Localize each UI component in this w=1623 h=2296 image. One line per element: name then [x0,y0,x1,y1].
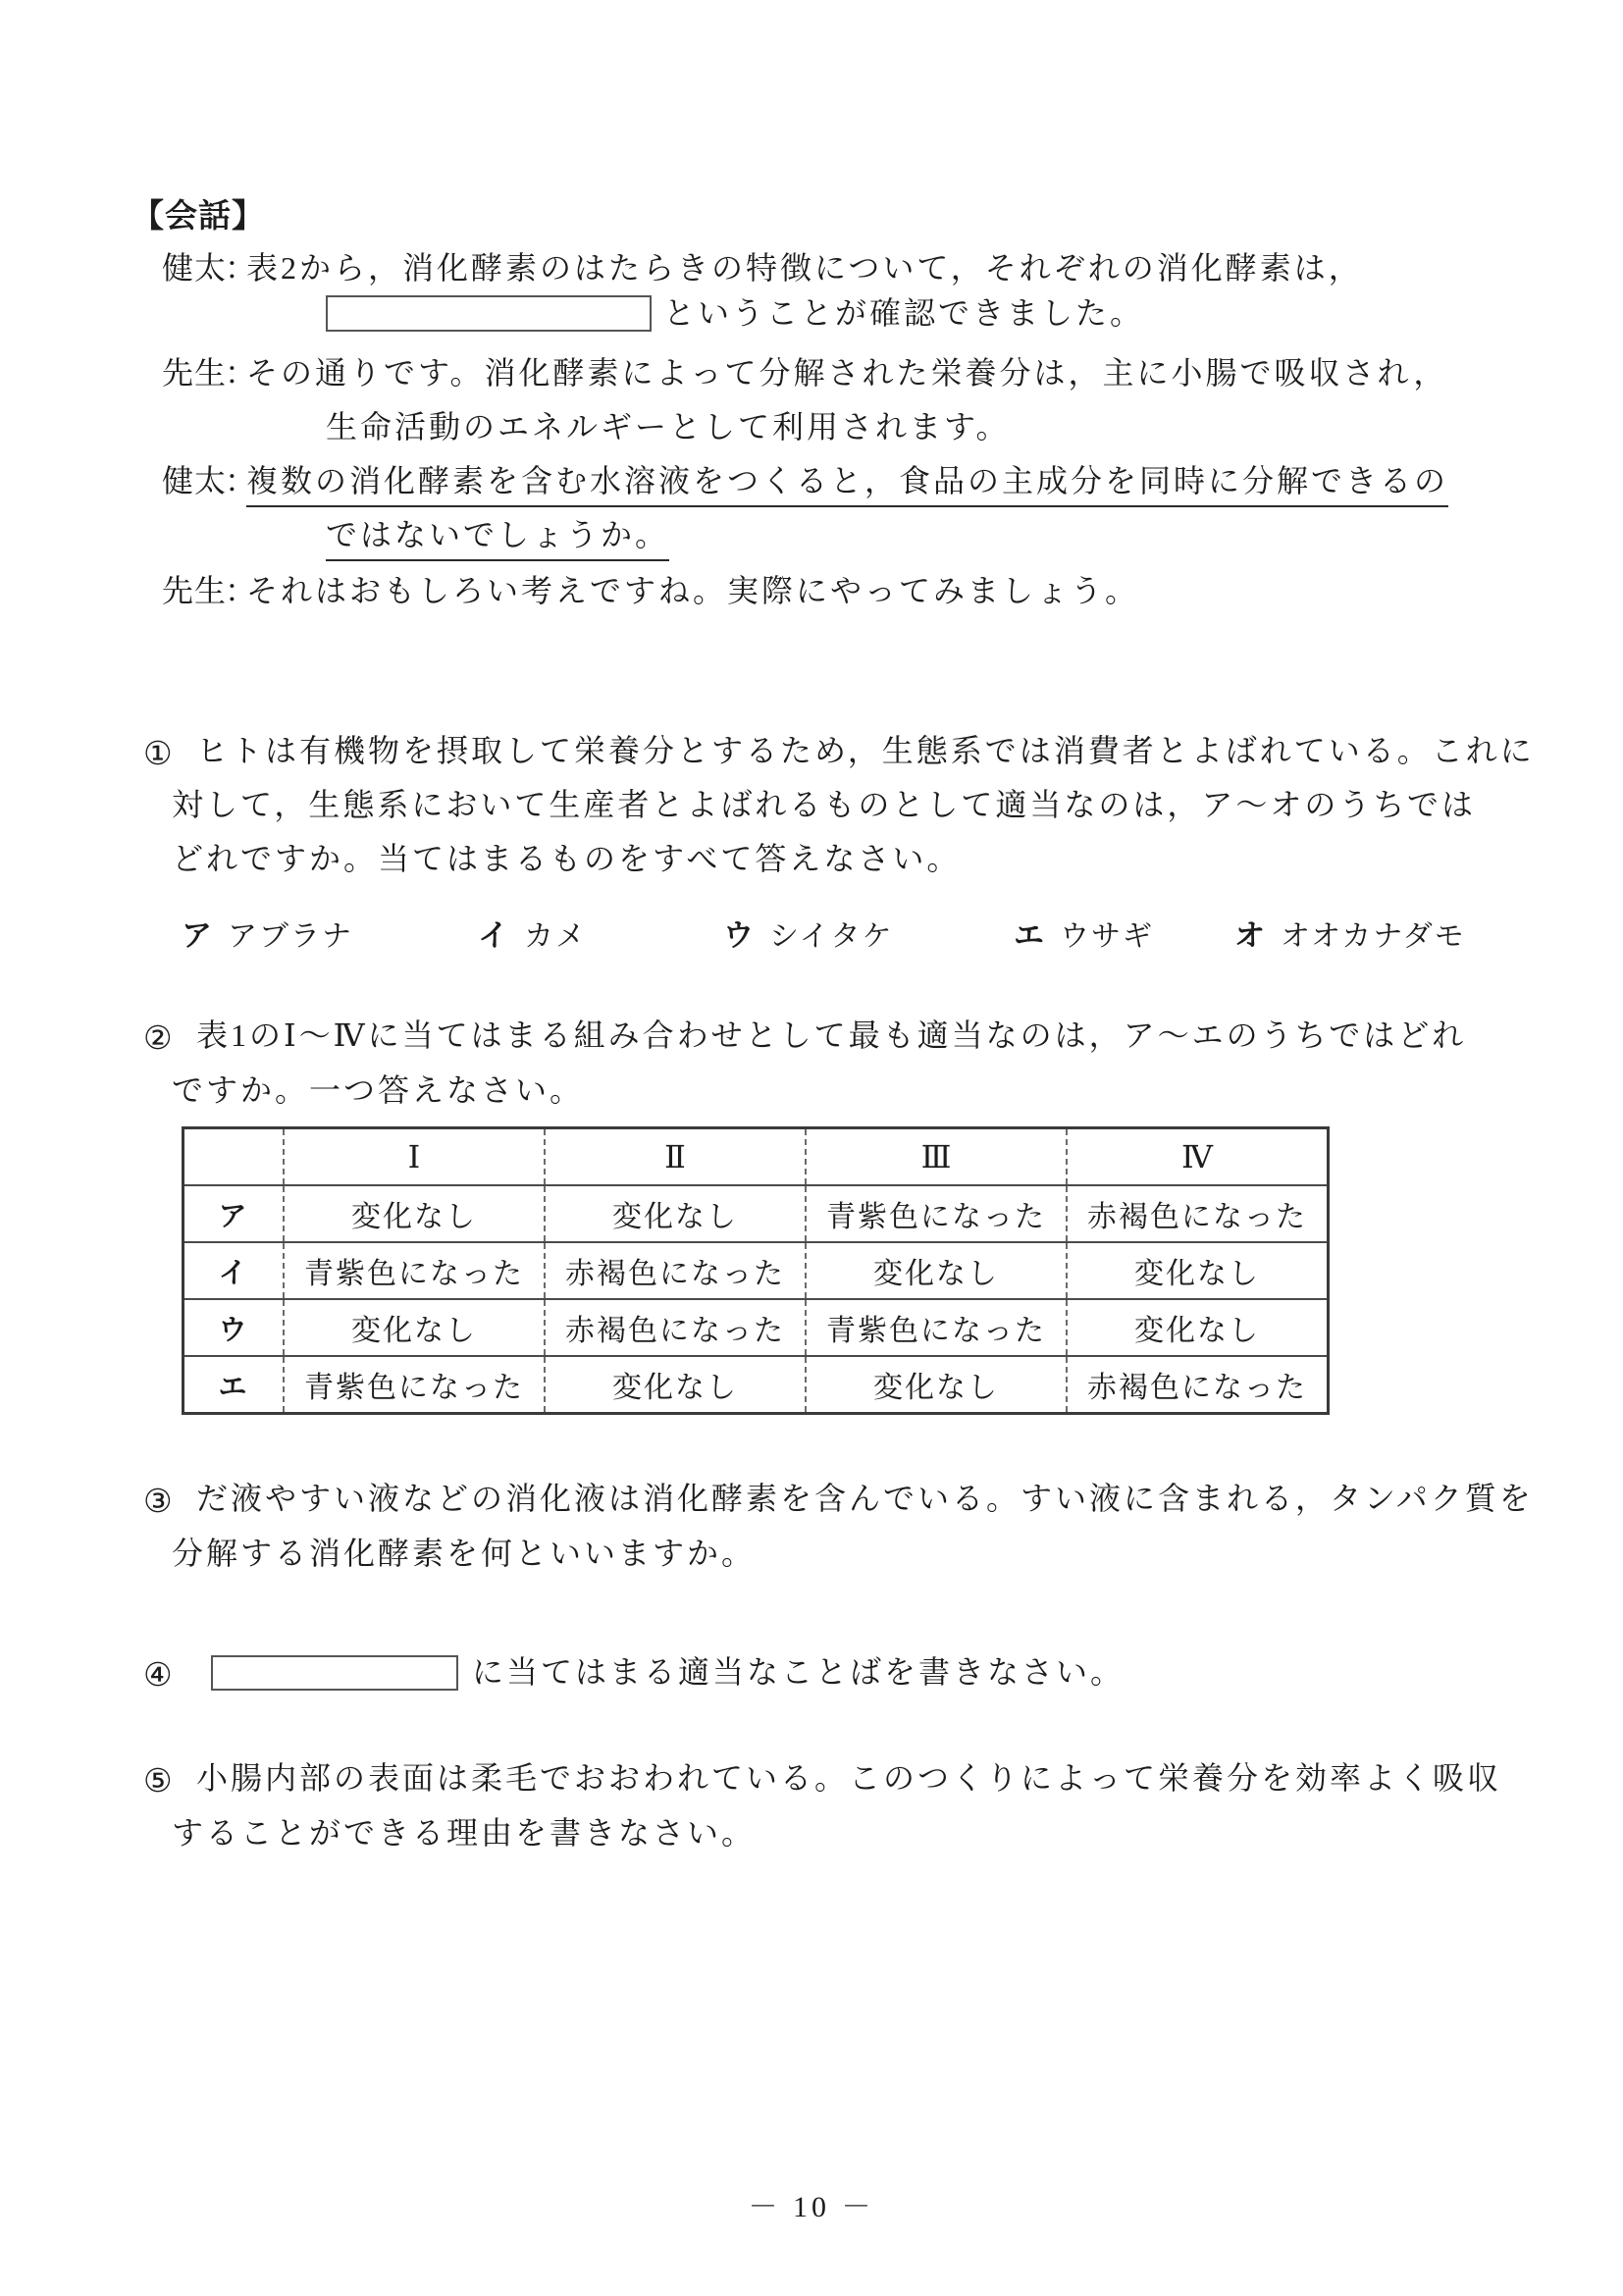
table-cell: 変化なし [545,1185,806,1242]
speaker-name: 先生 [162,574,225,608]
table-cell: 青紫色になった [284,1242,545,1299]
table-cell: 変化なし [1067,1242,1329,1299]
table-header-row: Ⅰ Ⅱ Ⅲ Ⅳ [183,1128,1329,1186]
row-label: イ [183,1242,285,1299]
question-line: ヒトは有機物を摂取して栄養分とするため，生態系では消費者とよばれている。これに [196,734,1535,768]
table-cell: 変化なし [284,1299,545,1356]
row-label: ア [183,1185,285,1242]
dialogue-row: ではないでしょうか。 [326,518,669,552]
dialogue-row: 先生：それはおもしろい考えですね。実際にやってみましょう。 [162,574,1139,608]
dialogue-colon: ： [225,251,246,286]
option-label: エ [1014,918,1046,953]
table-cell: 変化なし [1067,1299,1329,1356]
option-label: オ [1234,918,1267,953]
question-number: ③ [143,1482,173,1521]
table-row: イ 青紫色になった 赤褐色になった 変化なし 変化なし [183,1242,1329,1299]
question-line: ですか。一つ答えなさい。 [172,1073,584,1108]
dialogue-row: 先生：その通りです。消化酵素によって分解された栄養分は，主に小腸で吸収され， [162,356,1447,391]
question-number: ⑤ [143,1761,173,1800]
speaker-name: 健太 [162,251,225,286]
option-label: イ [478,918,510,953]
question-line: どれですか。当てはまるものをすべて答えなさい。 [172,842,961,876]
question-line: 小腸内部の表面は柔毛でおおわれている。このつくりによって栄養分を効率よく吸収 [196,1761,1501,1796]
answer-combination-table: Ⅰ Ⅱ Ⅲ Ⅳ ア 変化なし 変化なし 青紫色になった 赤褐色になった イ 青紫… [182,1126,1330,1415]
table-cell: 赤褐色になった [545,1242,806,1299]
option-a: アアブラナ [182,911,353,955]
option-label: ウ [723,918,756,953]
table-cell: 変化なし [284,1185,545,1242]
answer-blank-box [326,295,652,332]
question-line: 対して，生態系において生産者とよばれるものとして適当なのは，ア～オのうちでは [172,788,1476,822]
table-row: ア 変化なし 変化なし 青紫色になった 赤褐色になった [183,1185,1329,1242]
dialogue-row: 健太：複数の消化酵素を含む水溶液をつくると，食品の主成分を同時に分解できるの [162,464,1448,498]
dialogue-row: 生命活動のエネルギーとして利用されます。 [326,410,1010,444]
exam-page: 【会話】 健太：表2から，消化酵素のはたらきの特徴について，それぞれの消化酵素は… [0,0,1623,2296]
option-u: ウシイタケ [723,911,894,955]
question-number: ④ [143,1655,173,1695]
option-text: ウサギ [1060,920,1154,953]
table-cell: 青紫色になった [806,1299,1067,1356]
row-label: エ [183,1356,285,1414]
dialogue-colon: ： [225,464,246,498]
answer-blank-box [211,1655,458,1691]
table-cell: 変化なし [545,1356,806,1414]
option-e: エウサギ [1014,911,1154,955]
speaker-name: 健太 [162,464,225,498]
option-i: イカメ [478,911,587,955]
table-cell: 赤褐色になった [1067,1356,1329,1414]
dialogue-text: 生命活動のエネルギーとして利用されます。 [326,409,1010,444]
dialogue-text: 表2から，消化酵素のはたらきの特徴について，それぞれの消化酵素は， [246,250,1363,286]
table-header-cell: Ⅰ [284,1128,545,1186]
table-cell: 変化なし [806,1356,1067,1414]
dialogue-text: ということが確認できました。 [663,295,1144,331]
question-line: に当てはまる適当なことばを書きなさい。 [211,1655,1125,1694]
option-label: ア [182,918,214,953]
dialogue-text-underlined: ではないでしょうか。 [326,517,669,561]
table-row: ウ 変化なし 赤褐色になった 青紫色になった 変化なし [183,1299,1329,1356]
table-header-cell: Ⅱ [545,1128,806,1186]
table-header-cell: Ⅲ [806,1128,1067,1186]
option-text: シイタケ [769,920,894,953]
table-corner-cell [183,1128,285,1186]
dialogue-text-underlined: 複数の消化酵素を含む水溶液をつくると，食品の主成分を同時に分解できるの [246,463,1448,507]
question-line: 分解する消化酵素を何といいますか。 [172,1537,756,1571]
table-cell: 変化なし [806,1242,1067,1299]
option-o: オオオカナダモ [1234,911,1466,955]
table-cell: 赤褐色になった [1067,1185,1329,1242]
question-number: ② [143,1018,173,1058]
dialogue-text: それはおもしろい考えですね。実際にやってみましょう。 [246,573,1139,608]
question-line: 表1のⅠ～Ⅳに当てはまる組み合わせとして最も適当なのは，ア～エのうちではどれ [196,1018,1466,1053]
option-text: オオカナダモ [1281,920,1466,953]
row-label: ウ [183,1299,285,1356]
dialogue-colon: ： [225,574,246,608]
question-line: することができる理由を書きなさい。 [172,1816,756,1851]
table-cell: 青紫色になった [284,1356,545,1414]
table-row: エ 青紫色になった 変化なし 変化なし 赤褐色になった [183,1356,1329,1414]
dialogue-row: 健太：表2から，消化酵素のはたらきの特徴について，それぞれの消化酵素は， [162,251,1363,286]
speaker-name: 先生 [162,356,225,391]
question-number: ① [143,734,173,773]
question-line: だ液やすい液などの消化液は消化酵素を含んでいる。すい液に含まれる，タンパク質を [196,1482,1534,1516]
dialogue-colon: ： [225,356,246,391]
table-cell: 赤褐色になった [545,1299,806,1356]
table-cell: 青紫色になった [806,1185,1067,1242]
option-text: カメ [524,920,587,953]
conversation-heading: 【会話】 [131,190,265,236]
dialogue-row: ということが確認できました。 [326,296,1144,335]
option-text: アブラナ [228,920,353,953]
dialogue-text: その通りです。消化酵素によって分解された栄養分は，主に小腸で吸収され， [246,355,1447,391]
question-text-after-box: に当てはまる適当なことばを書きなさい。 [472,1654,1125,1690]
page-number: － 10 － [0,2182,1623,2225]
table-header-cell: Ⅳ [1067,1128,1329,1186]
